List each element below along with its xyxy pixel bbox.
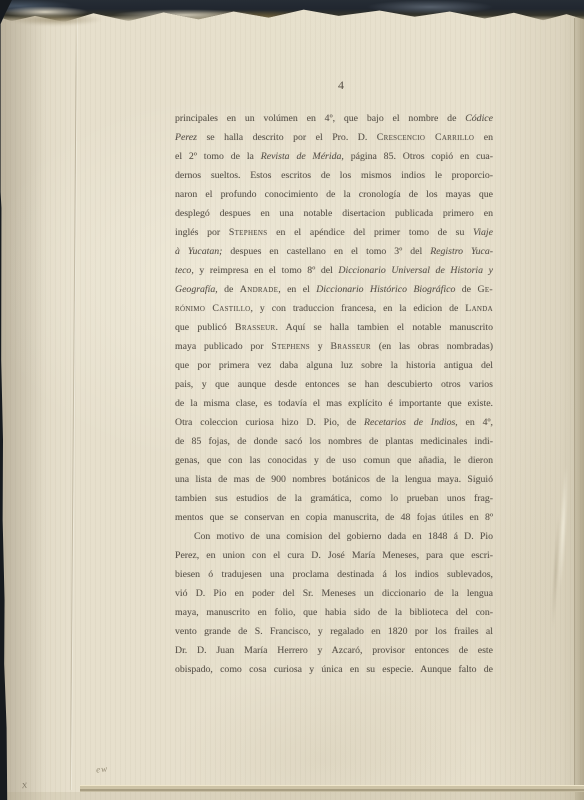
text-run: tambien sus estudios de la gramática, co… (175, 493, 493, 504)
text-run: de (455, 284, 477, 295)
text-run: , en el (278, 284, 316, 295)
text-run: Brasseur (235, 322, 275, 333)
edge-stain-brown (8, 13, 103, 26)
text-run: à Yucatan; (175, 246, 222, 257)
text-run: Diccionario Universal de Historia y (338, 265, 493, 276)
text-line: obispado, como cosa curiosa y única en s… (175, 660, 493, 679)
text-line: maya, manuscrito en folio, que habia sid… (175, 603, 493, 622)
text-line: biesen ó tradujesen una proclama destina… (175, 565, 493, 584)
text-line: rónimo Castillo, y con traduccion france… (175, 299, 493, 318)
text-line: de la misma clase, es todavía el mas exp… (175, 394, 493, 413)
text-run: Brasseur (330, 341, 370, 352)
text-run: Dr. D. Juan María Herrero y Azcaró, prov… (175, 645, 493, 656)
text-line: que por primera vez daba alguna luz sobr… (175, 356, 493, 375)
text-line: genas, que con las conocidas y de uso co… (175, 451, 493, 470)
scanned-book-page: 4 principales en un volúmen en 4º, que b… (0, 0, 584, 800)
text-run: Códice (465, 113, 493, 124)
text-run: maya, manuscrito en folio, que habia sid… (175, 607, 493, 618)
text-run: se halla descrito por el Pro. D. (197, 132, 377, 143)
text-run: Con motivo de una comision del gobierno … (194, 531, 493, 542)
text-line: Perez, en union con el cura D. José Marí… (175, 546, 493, 565)
text-run: de (218, 284, 240, 295)
text-run: principales en un volúmen en 4º, que baj… (175, 113, 465, 124)
text-run: inglés por (175, 227, 229, 238)
text-run: maya publicado por (175, 341, 271, 352)
text-run: Recetarios de Indios (364, 417, 455, 428)
text-run: y (310, 341, 331, 352)
text-run: Perez (175, 132, 197, 143)
text-run: de la misma clase, es todavía el mas exp… (175, 398, 493, 409)
text-run: Andrade (240, 284, 278, 295)
text-run: dernos sueltos. Estos escritos de los mi… (175, 170, 493, 181)
text-run: obispado, como cosa curiosa y única en s… (175, 664, 493, 675)
text-line: maya publicado por Stephens y Brasseur (… (175, 337, 493, 356)
page-gutter-shadow (0, 0, 46, 800)
text-run: en el apéndice del primer tomo de su (267, 227, 473, 238)
text-run: Revista de Mérida (261, 151, 342, 162)
text-run: Diccionario Histórico Biográfico (316, 284, 455, 295)
text-line: Geografía, de Andrade, en el Diccionario… (175, 280, 493, 299)
text-run: que por primera vez daba alguna luz sobr… (175, 360, 493, 371)
text-run: vento grande de S. Francisco, y regalado… (175, 626, 493, 637)
text-run: de 85 fojas, de donde sacó los nombres d… (175, 436, 493, 447)
pencil-mark-squiggle: ew (96, 763, 109, 774)
text-line: una lista de mas de 900 nombres botánico… (175, 470, 493, 489)
text-run: y reimpresa en el tomo 8º del (194, 265, 339, 276)
text-line: teco, y reimpresa en el tomo 8º del Dicc… (175, 261, 493, 280)
text-run: que publicó (175, 322, 235, 333)
text-line: vento grande de S. Francisco, y regalado… (175, 622, 493, 641)
page-number: 4 (326, 78, 356, 93)
text-run: Otra coleccion curiosa hizo D. Pio, de (175, 417, 364, 428)
text-block: principales en un volúmen en 4º, que baj… (175, 109, 493, 679)
text-line: de 85 fojas, de donde sacó los nombres d… (175, 432, 493, 451)
text-run: en (474, 132, 493, 143)
text-run: Ge- (477, 284, 493, 295)
text-run: teco, (175, 265, 194, 276)
text-run: genas, que con las conocidas y de uso co… (175, 455, 493, 466)
text-line: tambien sus estudios de la gramática, co… (175, 489, 493, 508)
text-line: vió D. Pio en poder del Sr. Meneses un d… (175, 584, 493, 603)
page-right-edge-shade (575, 14, 584, 800)
text-line: Dr. D. Juan María Herrero y Azcaró, prov… (175, 641, 493, 660)
text-run: Stephens (229, 227, 268, 238)
text-run: . Aquí se halla tambien el notable manus… (276, 322, 494, 333)
text-run: vió D. Pio en poder del Sr. Meneses un d… (175, 588, 493, 599)
text-line: mentos que se conservan en copia manuscr… (175, 508, 493, 527)
text-run: , página 85. Otros copió en cua- (341, 151, 493, 162)
text-run: mentos que se conservan en copia manuscr… (175, 512, 493, 523)
text-run: naron el profundo conocimiento de la cro… (175, 189, 493, 200)
text-run: Registro Yuca- (430, 246, 493, 257)
underlying-page-edge (80, 785, 584, 792)
text-line: que publicó Brasseur. Aquí se halla tamb… (175, 318, 493, 337)
text-run: rónimo Castillo (175, 303, 251, 314)
bottom-shade (0, 792, 584, 800)
text-run: biesen ó tradujesen una proclama destina… (175, 569, 493, 580)
text-line: inglés por Stephens en el apéndice del p… (175, 223, 493, 242)
text-run: una lista de mas de 900 nombres botánico… (175, 474, 493, 485)
text-run: el 2º tomo de la (175, 151, 261, 162)
text-line: Otra coleccion curiosa hizo D. Pio, de R… (175, 413, 493, 432)
text-line: pais, y que aunque desde entonces se han… (175, 375, 493, 394)
text-line: Perez se halla descrito por el Pro. D. C… (175, 128, 493, 147)
text-line: dernos sueltos. Estos escritos de los mi… (175, 166, 493, 185)
text-run: (en las obras nombradas) (371, 341, 493, 352)
text-run: Geografía, (175, 284, 218, 295)
text-run: Viaje (473, 227, 493, 238)
text-run: , y con traduccion francesa, en la edici… (251, 303, 466, 314)
text-line: naron el profundo conocimiento de la cro… (175, 185, 493, 204)
text-run: Stephens (271, 341, 310, 352)
text-line: à Yucatan; despues en castellano en el t… (175, 242, 493, 261)
text-run: desplegó despues en una notable disertac… (175, 208, 493, 219)
text-line: el 2º tomo de la Revista de Mérida, pági… (175, 147, 493, 166)
text-line: principales en un volúmen en 4º, que baj… (175, 109, 493, 128)
text-run: Perez, en union con el cura D. José Marí… (175, 550, 493, 561)
text-run: , en 4º, (455, 417, 493, 428)
text-run: Crescencio Carrillo (377, 132, 474, 143)
text-run: despues en castellano en el tomo 3º del (222, 246, 430, 257)
text-run: Landa (465, 303, 493, 314)
text-line: Con motivo de una comision del gobierno … (175, 527, 493, 546)
text-line: desplegó despues en una notable disertac… (175, 204, 493, 223)
text-run: pais, y que aunque desde entonces se han… (175, 379, 493, 390)
